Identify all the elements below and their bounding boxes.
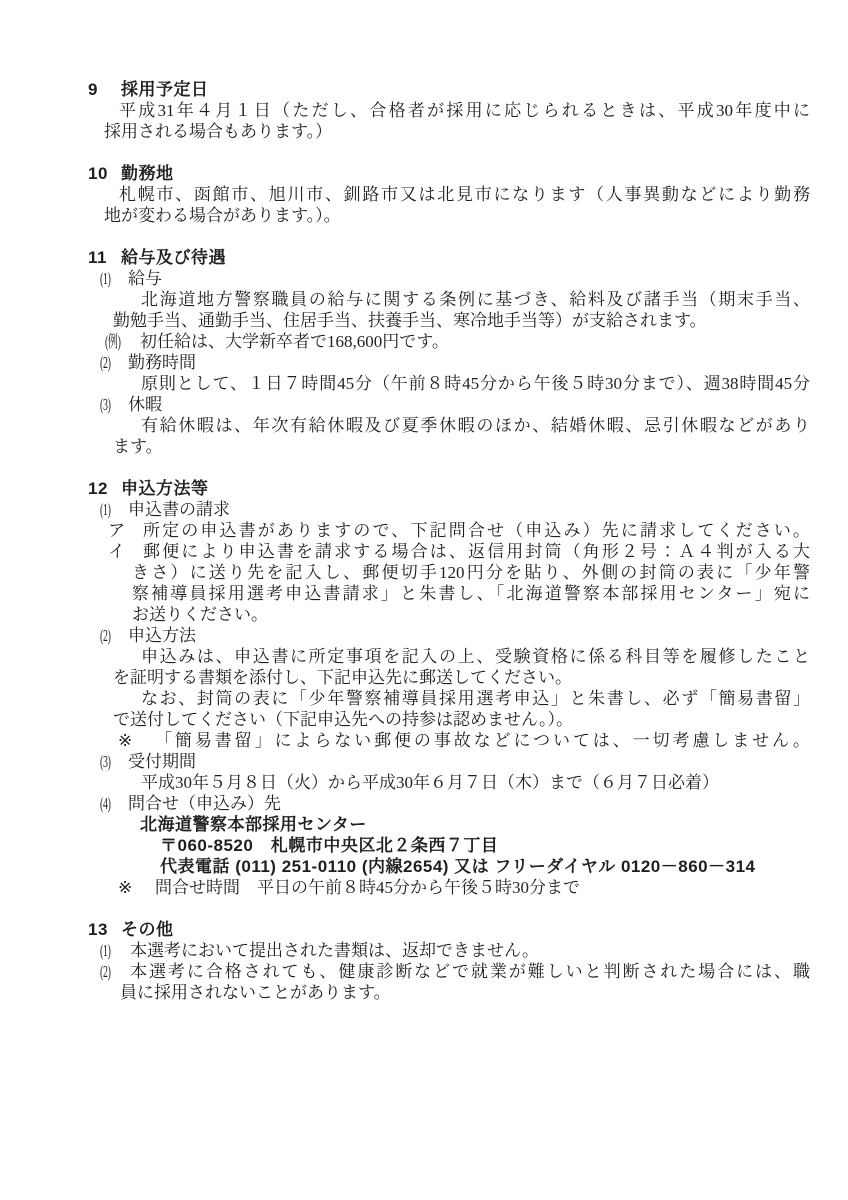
section-title: 採用予定日 [121,80,209,99]
text-line: (1)本選考において提出された書類は、返却できません。 [88,940,810,961]
line-marker: (3) [100,394,118,415]
line-marker: ※ [118,730,132,751]
text-line: ア所定の申込書がありますので、下記問合せ（申込み）先に請求してください。 [88,520,810,541]
line-text: 問合せ時間 平日の午前８時45分から午後５時30分まで [155,878,580,897]
line-text: 初任給は、大学新卒者で168,600円です。 [140,332,449,351]
section-title: 給与及び待遇 [121,248,226,267]
line-text: 「簡易書留」によらない郵便の事故などについては、一切考慮しません。 [155,731,810,750]
text-line: 員に採用されないことがあります。 [88,982,810,1003]
text-line: お送りください。 [88,604,810,625]
line-text: 北海道警察本部採用センター [140,815,367,834]
line-text: 受付期間 [128,752,196,771]
text-line: 北海道警察本部採用センター [88,814,810,835]
line-marker: (2) [100,961,118,982]
section-number: 9 [88,79,98,100]
compressed-marker: (2) [100,625,111,646]
text-line: 平成31年４月１日（ただし、合格者が採用に応じられるときは、平成30年度中に [88,100,810,121]
text-line: 察補導員採用選考申込書請求」と朱書し、「北海道警察本部採用センター」宛に [88,583,810,604]
line-text: 休暇 [128,395,162,414]
text-line: 有給休暇は、年次有給休暇及び夏季休暇のほか、結婚休暇、忌引休暇などがあり [88,415,810,436]
text-line: 採用される場合もあります。） [88,121,810,142]
text-line: (3)受付期間 [88,751,810,772]
line-text: 申込方法 [128,626,196,645]
section-heading: 11給与及び待遇 [88,247,810,268]
text-line: 勤勉手当、通勤手当、住居手当、扶養手当、寒冷地手当等）が支給されます。 [88,310,810,331]
line-marker: (3) [100,751,118,772]
text-line: (1)給与 [88,268,810,289]
line-text: 勤勉手当、通勤手当、住居手当、扶養手当、寒冷地手当等）が支給されます。 [113,311,707,330]
text-line: なお、封筒の表に「少年警察補導員採用選考申込」と朱書し、必ず「簡易書留」 [88,688,810,709]
compressed-marker: (4) [100,793,111,814]
text-line: 札幌市、函館市、旭川市、釧路市又は北見市になります（人事異動などにより勤務 [88,184,810,205]
blank-line [0,142,848,163]
line-text: 給与 [128,269,162,288]
text-line: (4)問合せ（申込み）先 [88,793,810,814]
blank-line [0,898,848,919]
line-text: なお、封筒の表に「少年警察補導員採用選考申込」と朱書し、必ず「簡易書留」 [141,689,810,708]
text-line: で送付してください（下記申込先への持参は認めません。）。 [88,709,810,730]
text-line: 地が変わる場合があります。）。 [88,205,810,226]
text-line: 北海道地方警察職員の給与に関する条例に基づき、給料及び諸手当（期末手当、 [88,289,810,310]
text-line: 申込みは、申込書に所定事項を記入の上、受験資格に係る科目等を履修したこと [88,646,810,667]
line-text: 採用される場合もあります。） [104,122,332,141]
text-line: (3)休暇 [88,394,810,415]
section-number: 10 [88,163,108,184]
line-text: 本選考に合格されても、健康診断などで就業が難しいと判断された場合には、職 [130,962,810,981]
blank-line [0,226,848,247]
line-marker: (4) [100,793,118,814]
compressed-marker: (2) [100,961,111,982]
line-text: 地が変わる場合があります。）。 [104,206,341,225]
line-marker: (1) [100,499,118,520]
text-line: ※「簡易書留」によらない郵便の事故などについては、一切考慮しません。 [88,730,810,751]
blank-line [0,457,848,478]
compressed-marker: (1) [100,940,111,961]
section-title: 申込方法等 [121,479,209,498]
text-line: (2)勤務時間 [88,352,810,373]
line-text: 申込みは、申込書に所定事項を記入の上、受験資格に係る科目等を履修したこと [141,647,810,666]
section-heading: 12申込方法等 [88,478,810,499]
line-text: 札幌市、函館市、旭川市、釧路市又は北見市になります（人事異動などにより勤務 [119,185,810,204]
line-text: 員に採用されないことがあります。 [120,983,391,1002]
text-line: (2)申込方法 [88,625,810,646]
section-heading: 10勤務地 [88,163,810,184]
section-number: 12 [88,478,108,499]
line-text: 平成30年５月８日（火）から平成30年６月７日（木）まで（６月７日必着） [141,773,719,792]
compressed-marker: (1) [100,268,111,289]
text-line: 代表電話 (011) 251-0110 (内線2654) 又は フリーダイヤル … [88,856,810,877]
text-line: (1)申込書の請求 [88,499,810,520]
section-number: 11 [88,247,107,268]
line-text: 有給休暇は、年次有給休暇及び夏季休暇のほか、結婚休暇、忌引休暇などがあり [141,416,810,435]
line-text: で送付してください（下記申込先への持参は認めません。）。 [113,710,573,729]
text-line: 原則として、１日７時間45分（午前８時45分から午後５時30分まで）、週38時間… [88,373,810,394]
section-heading: 9採用予定日 [88,79,810,100]
line-marker: イ [108,541,125,562]
line-text: 申込書の請求 [128,500,230,519]
line-marker: (1) [100,268,118,289]
text-line: 平成30年５月８日（火）から平成30年６月７日（木）まで（６月７日必着） [88,772,810,793]
line-text: お送りください。 [132,605,268,624]
compressed-marker: (3) [100,751,111,772]
line-text: 問合せ（申込み）先 [128,794,281,813]
line-text: 本選考において提出された書類は、返却できません。 [130,941,539,960]
compressed-marker: (例) [105,331,121,352]
line-text: 察補導員採用選考申込書請求」と朱書し、「北海道警察本部採用センター」宛に [132,584,810,603]
text-line: (例)初任給は、大学新卒者で168,600円です。 [88,331,810,352]
line-text: ます。 [113,437,163,456]
line-text: 平成31年４月１日（ただし、合格者が採用に応じられるときは、平成30年度中に [119,101,810,120]
line-marker: ア [108,520,125,541]
line-marker: (2) [100,625,118,646]
section-title: その他 [121,920,174,939]
text-line: (2)本選考に合格されても、健康診断などで就業が難しいと判断された場合には、職 [88,961,810,982]
text-line: を証明する書類を添付し、下記申込先に郵送してください。 [88,667,810,688]
line-text: 所定の申込書がありますので、下記問合せ（申込み）先に請求してください。 [143,521,810,540]
line-marker: (1) [100,940,118,961]
section-heading: 13その他 [88,919,810,940]
line-text: 〒060-8520 札幌市中央区北２条西７丁目 [160,836,498,855]
section-title: 勤務地 [121,164,174,183]
compressed-marker: (3) [100,394,111,415]
line-text: を証明する書類を添付し、下記申込先に郵送してください。 [113,668,572,687]
text-line: ます。 [88,436,810,457]
text-line: 〒060-8520 札幌市中央区北２条西７丁目 [88,835,810,856]
compressed-marker: (1) [100,499,111,520]
line-text: 原則として、１日７時間45分（午前８時45分から午後５時30分まで）、週38時間… [141,374,810,393]
line-text: 勤務時間 [128,353,196,372]
document-page: 9採用予定日平成31年４月１日（ただし、合格者が採用に応じられるときは、平成30… [0,0,848,1200]
line-marker: ※ [118,877,132,898]
text-line: きさ）に送り先を記入し、郵便切手120円分を貼り、外側の封筒の表に「少年警 [88,562,810,583]
line-text: 北海道地方警察職員の給与に関する条例に基づき、給料及び諸手当（期末手当、 [141,290,810,309]
text-line: イ郵便により申込書を請求する場合は、返信用封筒（角形２号：Ａ４判が入る大 [88,541,810,562]
text-line: ※問合せ時間 平日の午前８時45分から午後５時30分まで [88,877,810,898]
compressed-marker: (2) [100,352,111,373]
line-marker: (例) [105,331,132,352]
section-number: 13 [88,919,108,940]
line-text: 郵便により申込書を請求する場合は、返信用封筒（角形２号：Ａ４判が入る大 [143,542,810,561]
line-text: 代表電話 (011) 251-0110 (内線2654) 又は フリーダイヤル … [160,857,756,876]
line-text: きさ）に送り先を記入し、郵便切手120円分を貼り、外側の封筒の表に「少年警 [132,563,810,582]
line-marker: (2) [100,352,118,373]
